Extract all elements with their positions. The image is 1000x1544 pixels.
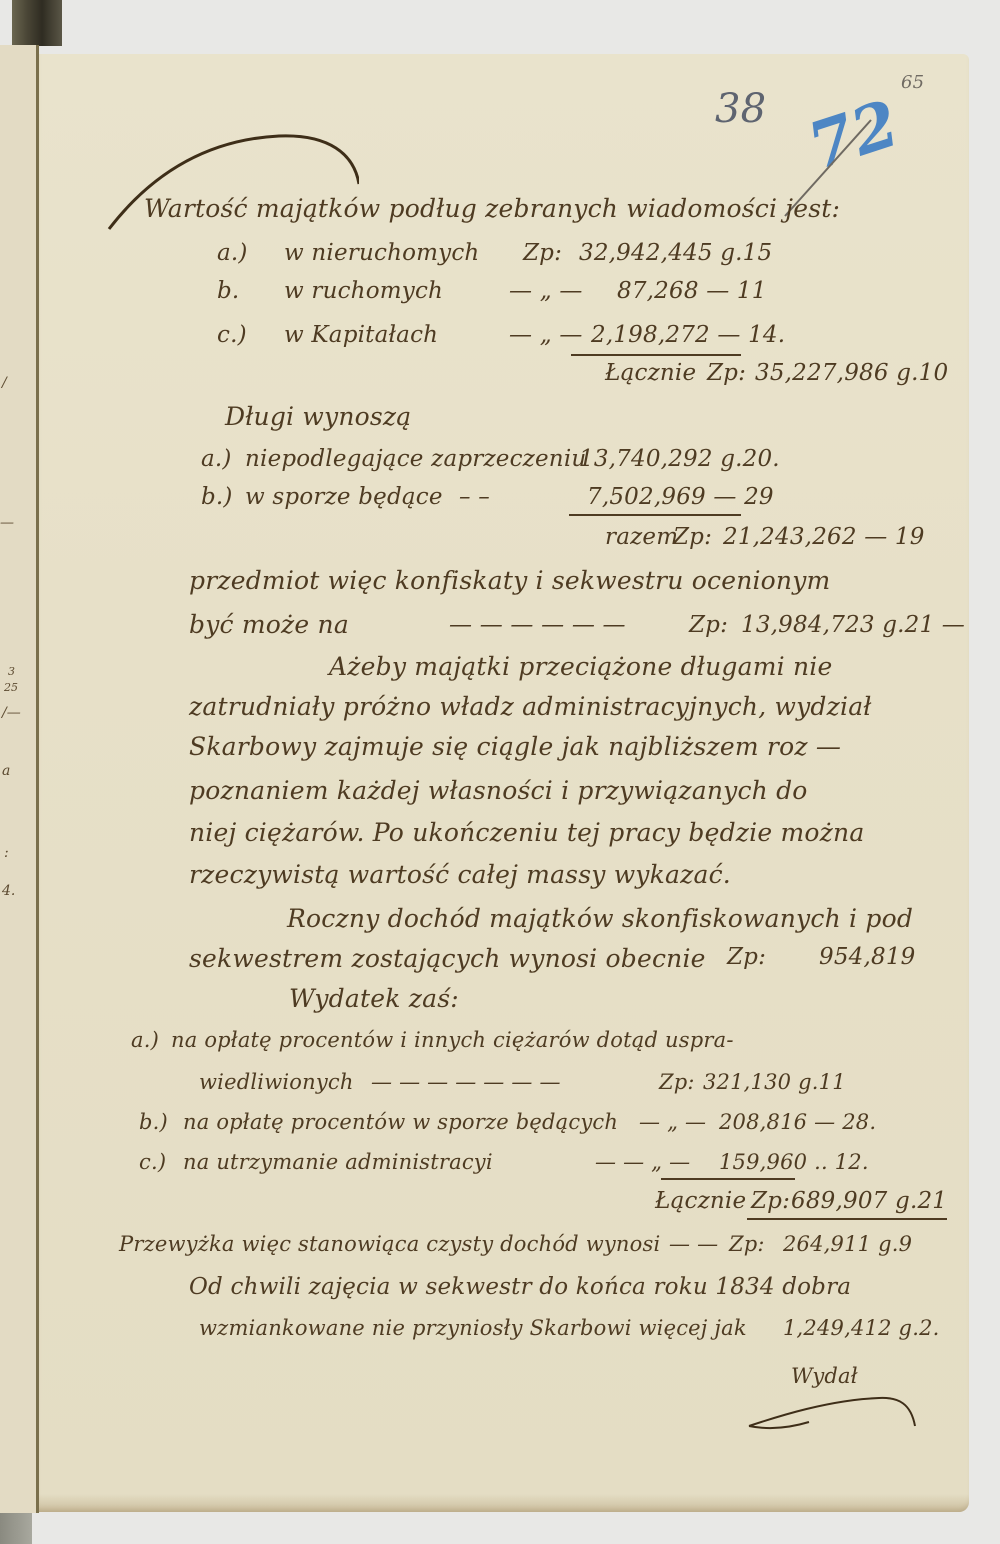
expense-amount: 159,960 .. 12. xyxy=(719,1150,869,1174)
income-line: sekwestrem zostających wynosi obecnie xyxy=(189,944,706,973)
expense-label: na utrzymanie administracyi xyxy=(183,1150,493,1174)
asset-amount: 32,942,445 g.15 xyxy=(579,240,772,266)
folio-ink-number: 38 xyxy=(715,86,766,132)
debt-label: w sporze będące xyxy=(245,484,443,510)
confiscation-line: być może na xyxy=(189,610,349,639)
expense-marker: a.) xyxy=(131,1028,159,1052)
margin-fragment: /— xyxy=(2,705,21,721)
expense-marker: b.) xyxy=(139,1110,168,1134)
paragraph-line: poznaniem każdej własności i przywiązany… xyxy=(189,776,808,805)
asset-label: w Kapitałach xyxy=(284,322,438,348)
asset-currency: — „ — xyxy=(509,278,583,304)
confiscation-dashes: — — — — — — xyxy=(449,612,626,638)
debt-label: niepodlegające zaprzeczeniu xyxy=(245,446,586,472)
paragraph-line: niej ciężarów. Po ukończeniu tej pracy b… xyxy=(189,818,864,847)
debt-amount: 13,740,292 g.20. xyxy=(579,446,780,472)
income-currency: Zp: xyxy=(727,944,766,970)
asset-currency: Zp: xyxy=(523,240,562,266)
expense-currency: — — „ — xyxy=(595,1150,690,1174)
asset-label: w nieruchomych xyxy=(284,240,479,266)
margin-fragment: / xyxy=(2,375,7,391)
margin-fragment: — xyxy=(0,515,14,531)
debts-total-label: razem xyxy=(605,524,678,550)
income-line: Roczny dochód majątków skonfiskowanych i… xyxy=(287,904,913,933)
expense-label: na opłatę procentów w sporze będących xyxy=(183,1110,618,1134)
asset-label: w ruchomych xyxy=(284,278,443,304)
total-rule xyxy=(747,1218,947,1220)
subtotal-rule xyxy=(661,1178,795,1180)
debts-total-amount: 21,243,262 — 19 xyxy=(723,524,925,550)
debts-total-currency: Zp: xyxy=(673,524,712,550)
surplus-text: Przewyżka więc stanowiąca czysty dochód … xyxy=(119,1232,660,1256)
asset-marker: a.) xyxy=(217,240,248,266)
debt-dashes: – – xyxy=(459,484,490,510)
margin-fragment: 3 xyxy=(8,665,15,678)
margin-fragment: 4. xyxy=(2,883,15,899)
debt-amount: 7,502,969 — 29 xyxy=(587,484,774,510)
surplus-amount: 264,911 g.9 xyxy=(783,1232,912,1256)
book-binding-top xyxy=(12,0,62,46)
expense-currency: Zp: xyxy=(659,1070,695,1094)
closing-line: wzmiankowane nie przyniosły Skarbowi wię… xyxy=(199,1316,747,1340)
asset-amount: 2,198,272 — 14. xyxy=(591,322,785,348)
surplus-dashes: — — xyxy=(669,1232,718,1256)
margin-fragment: 25 xyxy=(4,681,18,694)
margin-fragment: : xyxy=(4,845,9,861)
closing-amount: 1,249,412 g.2. xyxy=(783,1316,940,1340)
facing-page-edge: / — 3 25 /— a : 4. xyxy=(0,45,38,1513)
paragraph-line: zatrudniały próżno władz administracyjny… xyxy=(189,692,872,721)
assets-total-label: Łącznie xyxy=(605,360,696,386)
asset-marker: c.) xyxy=(217,322,247,348)
subtotal-rule xyxy=(569,514,741,516)
expense-amount: 208,816 — 28. xyxy=(719,1110,876,1134)
confiscation-line: przedmiot więc konfiskaty i sekwestru oc… xyxy=(189,566,830,595)
income-amount: 954,819 xyxy=(819,944,916,970)
manuscript-page: 65 38 72 Wartość majątków podług zebrany… xyxy=(39,54,969,1512)
signature-flourish-icon xyxy=(739,1386,919,1436)
debt-marker: a.) xyxy=(201,446,232,472)
asset-currency: — „ — xyxy=(509,322,583,348)
surplus-currency: Zp: xyxy=(729,1232,765,1256)
expense-currency: — „ — xyxy=(639,1110,706,1134)
confiscation-amount: 13,984,723 g.21 — xyxy=(741,612,965,638)
assets-heading: Wartość majątków podług zebranych wiadom… xyxy=(144,194,840,223)
debt-marker: b.) xyxy=(201,484,233,510)
expenses-heading: Wydatek zaś: xyxy=(289,984,459,1013)
expenses-total-currency: Zp: xyxy=(751,1188,790,1214)
expense-dashes: — — — — — — — xyxy=(371,1070,561,1094)
paragraph-line: Ażeby majątki przeciążone długami nie xyxy=(329,652,832,681)
expense-label-continued: wiedliwionych xyxy=(199,1070,354,1094)
closing-line: Od chwili zajęcia w sekwestr do końca ro… xyxy=(189,1274,851,1300)
assets-total-amount: 35,227,986 g.10 xyxy=(755,360,948,386)
expenses-total-label: Łącznie xyxy=(655,1188,746,1214)
confiscation-currency: Zp: xyxy=(689,612,728,638)
expense-amount: 321,130 g.11 xyxy=(703,1070,846,1094)
assets-total-currency: Zp: xyxy=(707,360,746,386)
subtotal-rule xyxy=(571,354,741,356)
folio-pencil-number: 65 xyxy=(901,72,924,93)
paragraph-line: Skarbowy zajmuje się ciągle jak najbliżs… xyxy=(189,732,841,761)
asset-marker: b. xyxy=(217,278,239,304)
expense-marker: c.) xyxy=(139,1150,166,1174)
debts-heading: Długi wynoszą xyxy=(225,402,411,431)
asset-amount: 87,268 — 11 xyxy=(617,278,767,304)
expenses-total-amount: 689,907 g.21 xyxy=(791,1188,947,1214)
expense-label: na opłatę procentów i innych ciężarów do… xyxy=(171,1028,734,1052)
signature: Wydał xyxy=(791,1364,858,1388)
margin-fragment: a xyxy=(2,763,10,779)
paragraph-line: rzeczywistą wartość całej massy wykazać. xyxy=(189,860,731,889)
